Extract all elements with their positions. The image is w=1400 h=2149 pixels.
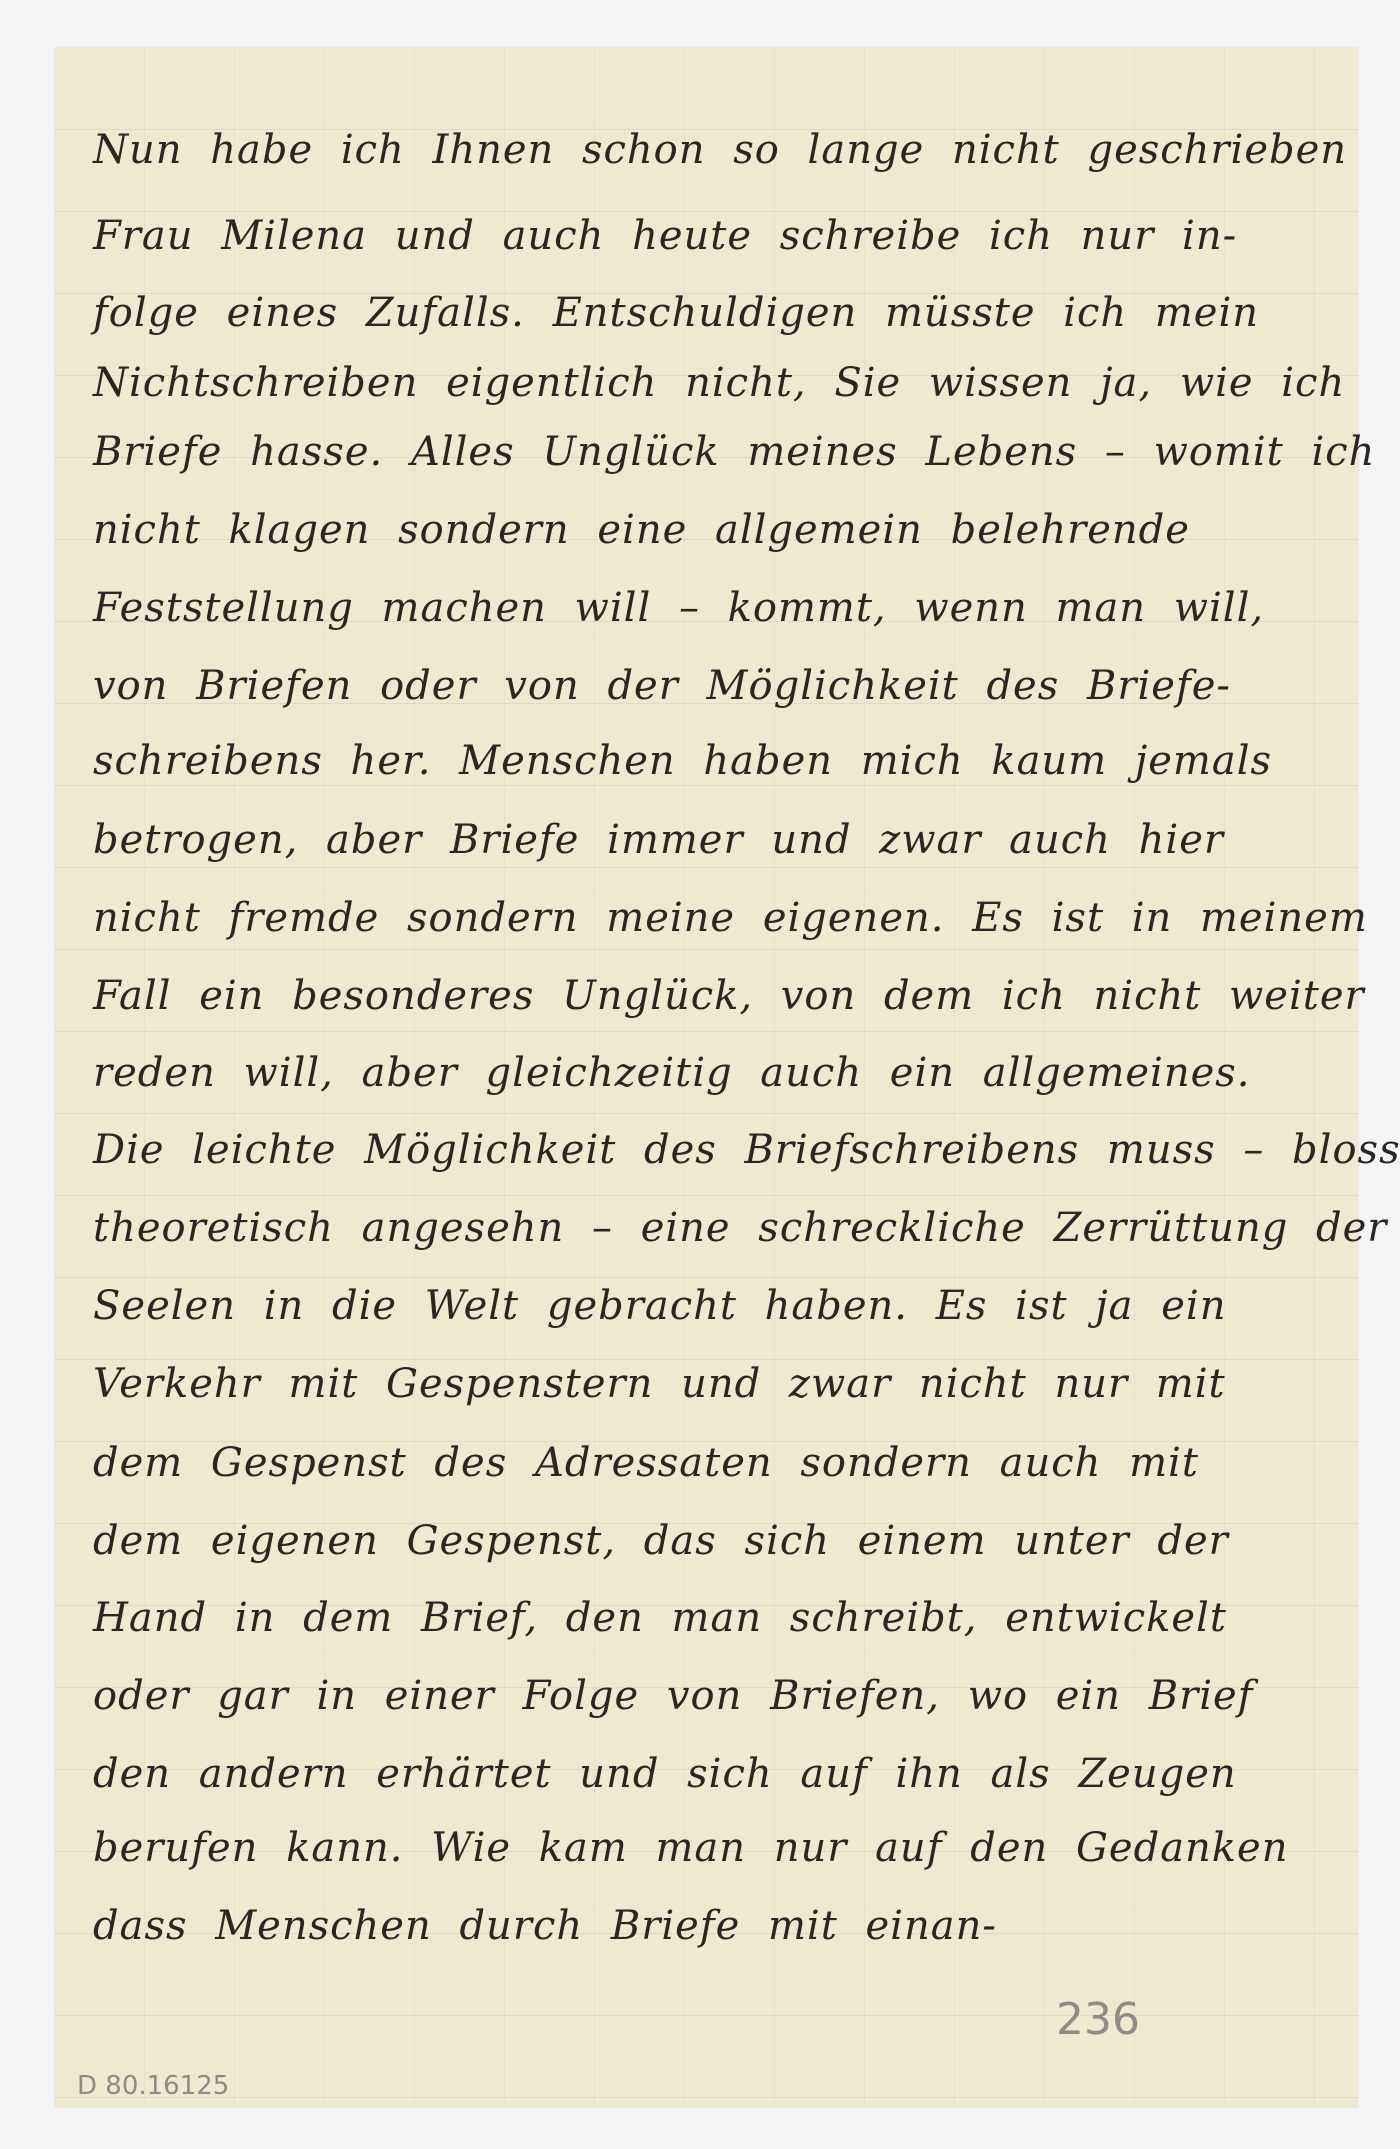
letter-line: folge eines Zufalls. Entschuldigen müsst… [93, 293, 1333, 333]
letter-line: dem Gespenst des Adressaten sondern auch… [93, 1443, 1333, 1483]
page-number: 236 [1056, 1994, 1140, 2045]
letter-line: nicht fremde sondern meine eigenen. Es i… [93, 898, 1333, 938]
letter-line: Nichtschreiben eigentlich nicht, Sie wis… [93, 363, 1333, 403]
letter-line: betrogen, aber Briefe immer und zwar auc… [93, 820, 1333, 860]
letter-line: dem eigenen Gespenst, das sich einem unt… [93, 1521, 1333, 1561]
letter-line: Frau Milena und auch heute schreibe ich … [93, 216, 1333, 256]
letter-line: berufen kann. Wie kam man nur auf den Ge… [93, 1828, 1333, 1868]
letter-line: nicht klagen sondern eine allgemein bele… [93, 510, 1333, 550]
letter-line: Nun habe ich Ihnen schon so lange nicht … [93, 130, 1333, 170]
letter-line: Hand in dem Brief, den man schreibt, ent… [93, 1598, 1333, 1638]
letter-line: von Briefen oder von der Möglichkeit des… [93, 666, 1333, 706]
letter-line: Fall ein besonderes Unglück, von dem ich… [93, 976, 1333, 1016]
letter-line: Feststellung machen will – kommt, wenn m… [93, 588, 1333, 628]
letter-line: theoretisch angesehn – eine schreckliche… [93, 1208, 1333, 1248]
letter-line: Verkehr mit Gespenstern und zwar nicht n… [93, 1364, 1333, 1404]
letter-line: Seelen in die Welt gebracht haben. Es is… [93, 1286, 1333, 1326]
letter-line: schreibens her. Menschen haben mich kaum… [93, 741, 1333, 781]
archive-stamp: D 80.16125 [77, 2071, 229, 2101]
letter-line: reden will, aber gleichzeitig auch ein a… [93, 1053, 1333, 1093]
letter-line: den andern erhärtet und sich auf ihn als… [93, 1754, 1333, 1794]
letter-line: dass Menschen durch Briefe mit einan- [93, 1906, 1333, 1946]
letter-page: Nun habe ich Ihnen schon so lange nicht … [55, 48, 1358, 2107]
letter-line: oder gar in einer Folge von Briefen, wo … [93, 1676, 1333, 1716]
letter-line: Briefe hasse. Alles Unglück meines Leben… [93, 432, 1333, 472]
letter-line: Die leichte Möglichkeit des Briefschreib… [93, 1130, 1333, 1170]
